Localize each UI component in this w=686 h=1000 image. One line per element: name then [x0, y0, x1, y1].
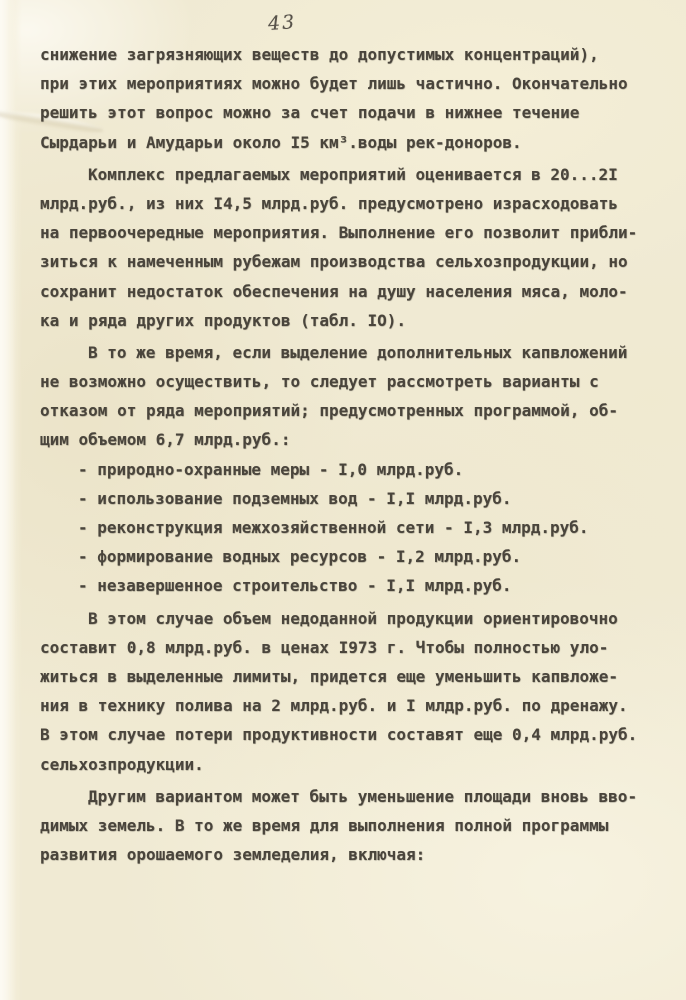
text-line: решить этот вопрос можно за счет подачи … [40, 98, 656, 127]
document-text: снижение загрязняющих веществ до допусти… [40, 40, 656, 869]
text-line: ния в технику полива на 2 млрд.руб. и I … [40, 691, 656, 720]
text-line: при этих мероприятиях можно будет лишь ч… [40, 69, 656, 98]
document-page: 43 снижение загрязняющих веществ до допу… [0, 0, 686, 1000]
text-line: - реконструкция межхозяйственной сети - … [40, 513, 656, 542]
text-line: сельхозпродукции. [40, 750, 656, 779]
text-line: отказом от ряда мероприятий; предусмотре… [40, 396, 656, 425]
text-line: - формирование водных ресурсов - I,2 млр… [40, 542, 656, 571]
text-line: развития орошаемого земледелия, включая: [40, 840, 656, 869]
text-line: житься в выделенные лимиты, придется еще… [40, 662, 656, 691]
scan-edge-highlight [0, 0, 16, 1000]
text-line: не возможно осуществить, то следует расс… [40, 367, 656, 396]
text-line: сохранит недостаток обеспечения на душу … [40, 277, 656, 306]
text-line: Другим вариантом может быть уменьшение п… [40, 782, 656, 811]
text-line: димых земель. В то же время для выполнен… [40, 811, 656, 840]
text-line: - природно-охранные меры - I,0 млрд.руб. [40, 455, 656, 484]
text-line: - незавершенное строительство - I,I млрд… [40, 571, 656, 600]
text-line: на первоочередные мероприятия. Выполнени… [40, 218, 656, 247]
text-line: В то же время, если выделение дополнител… [40, 338, 656, 367]
text-line: млрд.руб., из них I4,5 млрд.руб. предусм… [40, 189, 656, 218]
text-line: ка и ряда других продуктов (табл. IO). [40, 306, 656, 335]
text-line: снижение загрязняющих веществ до допусти… [40, 40, 656, 69]
text-line: Сырдарьи и Амударьи около I5 км³.воды ре… [40, 128, 656, 157]
page-number: 43 [267, 11, 297, 35]
text-line: щим объемом 6,7 млрд.руб.: [40, 425, 656, 454]
text-line: составит 0,8 млрд.руб. в ценах I973 г. Ч… [40, 633, 656, 662]
text-line: В этом случае потери продуктивности сост… [40, 720, 656, 749]
text-line: Комплекс предлагаемых мероприятий оценив… [40, 160, 656, 189]
text-line: зиться к намеченным рубежам производства… [40, 247, 656, 276]
text-line: В этом случае объем недоданной продукции… [40, 604, 656, 633]
text-line: - использование подземных вод - I,I млрд… [40, 484, 656, 513]
